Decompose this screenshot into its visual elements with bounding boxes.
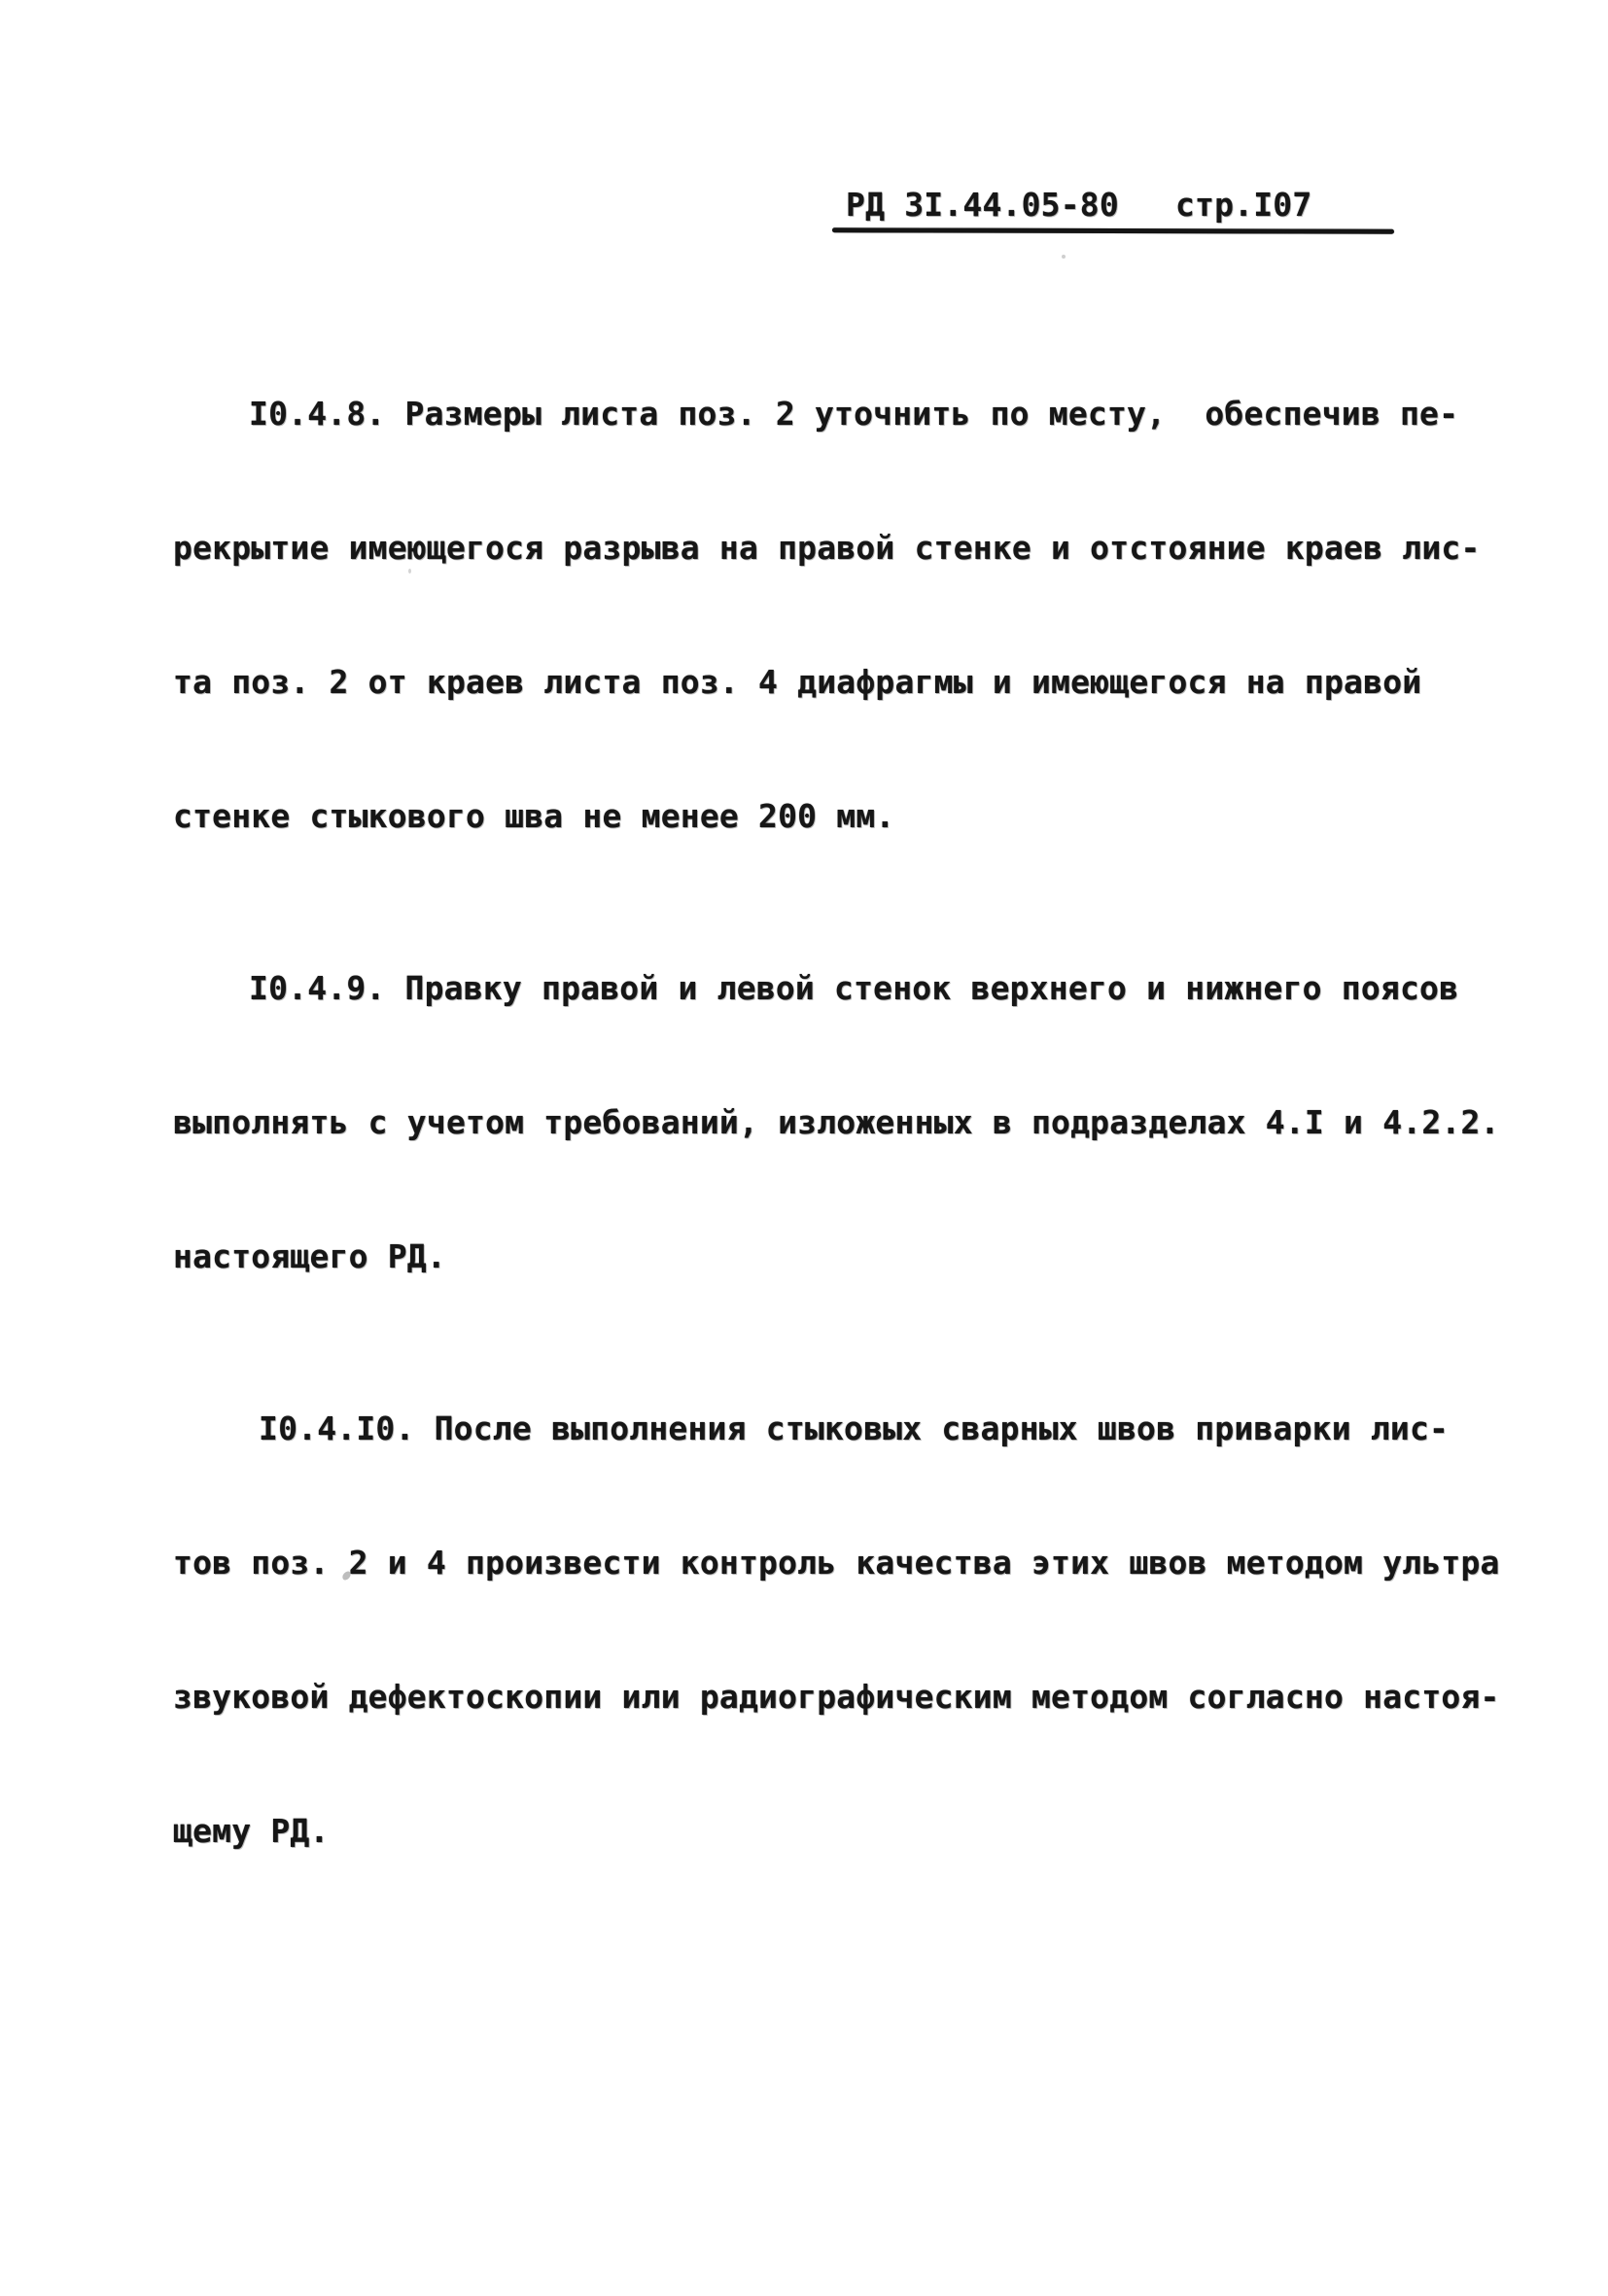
clause-10-4-10-line-3: звуковой дефектоскопии или радиографичес… (173, 1668, 1500, 1726)
clause-10-4-10-line-4: щему РД. (173, 1802, 1500, 1861)
clause-10-4-8-line-3: та поз. 2 от краев листа поз. 4 диафрагм… (173, 653, 1500, 712)
clause-10-4-10-line-1: I0.4.I0. После выполнения стыковых сварн… (173, 1400, 1500, 1458)
page-header: РД 3I.44.05-80 стр.I07 (846, 185, 1311, 226)
clause-10-4-9-line-1: I0.4.9. Правку правой и левой стенок вер… (173, 959, 1500, 1018)
clause-10-4-9-line-2: выполнять с учетом требований, изложенны… (173, 1094, 1500, 1152)
scanned-document-page: РД 3I.44.05-80 стр.I07 I0.4.8. Размеры л… (0, 0, 1608, 2296)
clause-10-4-8-line-1: I0.4.8. Размеры листа поз. 2 уточнить по… (173, 385, 1500, 443)
clause-10-4-9-line-3: настоящего РД. (173, 1228, 1500, 1286)
doc-number: РД 3I.44.05-80 (846, 185, 1119, 226)
scan-speck (408, 569, 411, 574)
clause-10-4-8-line-4: стенке стыкового шва не менее 200 мм. (173, 787, 1500, 846)
header-underline (832, 227, 1394, 234)
document-body: I0.4.8. Размеры листа поз. 2 уточнить по… (173, 309, 1500, 1936)
clause-10-4-8-line-2: рекрытие имеющегося разрыва на правой ст… (173, 519, 1500, 577)
page-number: стр.I07 (1175, 185, 1311, 226)
scan-speck (1062, 255, 1066, 259)
clause-10-4-10-line-2: тов поз. 2 и 4 произвести контроль качес… (173, 1534, 1500, 1592)
